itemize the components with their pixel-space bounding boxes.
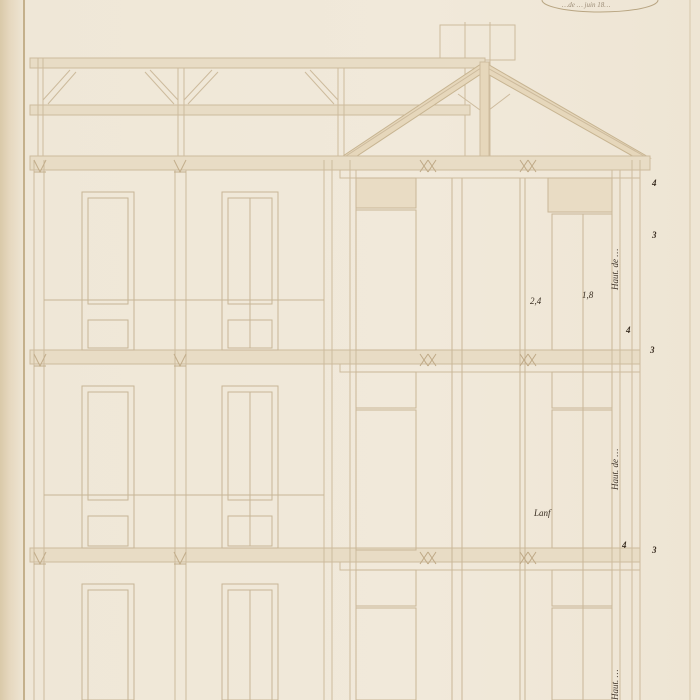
section-drawing xyxy=(0,0,700,700)
dimension-label: 1,8 xyxy=(582,290,593,300)
drawing-sheet: …de … juin 18… 4 3 4 3 4 3 Lanf 2,4 1,8 … xyxy=(0,0,700,700)
stamp-text: …de … juin 18… xyxy=(562,1,610,9)
dimension-mark: 3 xyxy=(652,230,657,240)
dimension-mark: 3 xyxy=(652,545,657,555)
dimension-mark: 4 xyxy=(622,540,627,550)
vertical-note: Haut. de … xyxy=(610,449,620,490)
room-label: Lanf xyxy=(534,508,551,518)
dimension-mark: 4 xyxy=(652,178,657,188)
vertical-note: Haut. de … xyxy=(610,249,620,290)
vertical-note: Haut. … xyxy=(610,669,620,700)
dimension-label: 2,4 xyxy=(530,296,541,306)
dimension-mark: 4 xyxy=(626,325,631,335)
dimension-mark: 3 xyxy=(650,345,655,355)
